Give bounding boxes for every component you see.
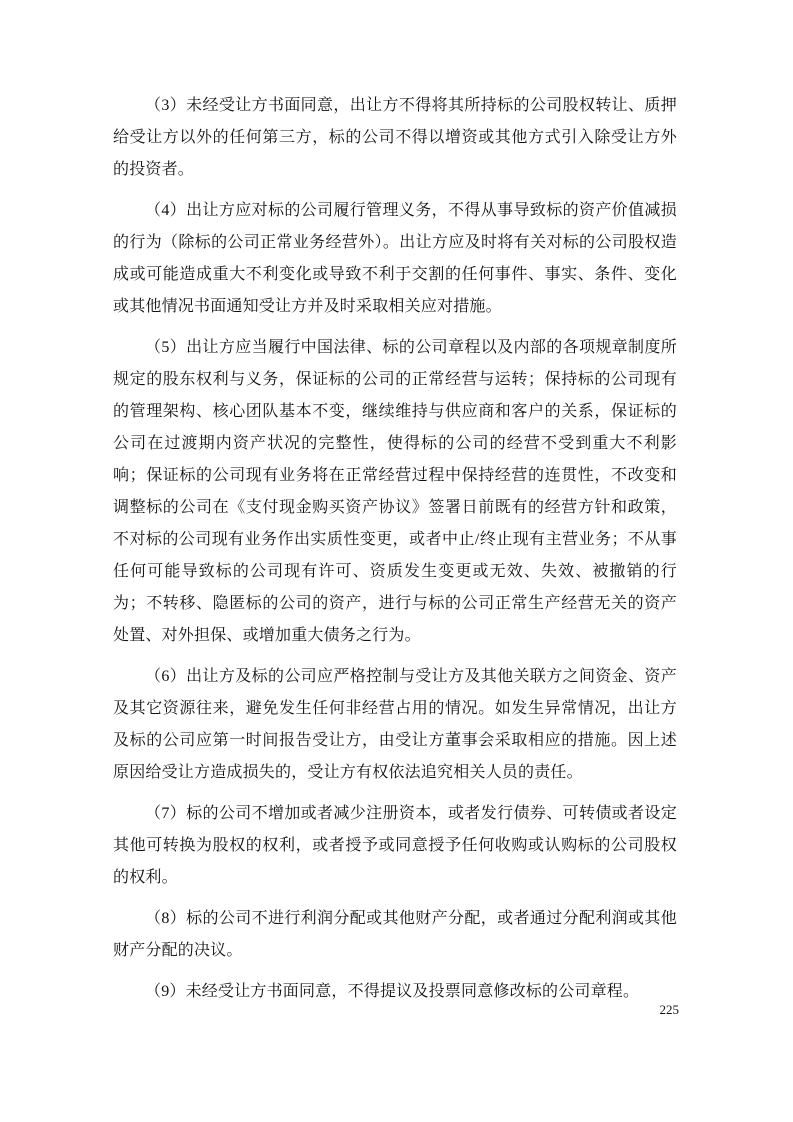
paragraph-item-4: （4）出让方应对标的公司履行管理义务，不得从事导致标的资产价值减损的行为（除标的… [113,195,677,323]
paragraph-item-3: （3）未经受让方书面同意，出让方不得将其所持标的公司股权转让、质押给受让方以外的… [113,90,677,186]
paragraph-item-5: （5）出让方应当履行中国法律、标的公司章程以及内部的各项规章制度所规定的股东权利… [113,332,677,652]
paragraph-item-7: （7）标的公司不增加或者减少注册资本，或者发行债券、可转债或者设定其他可转换为股… [113,798,677,894]
document-page: （3）未经受让方书面同意，出让方不得将其所持标的公司股权转让、质押给受让方以外的… [0,0,793,1122]
page-number: 225 [660,1001,680,1019]
document-body: （3）未经受让方书面同意，出让方不得将其所持标的公司股权转让、质押给受让方以外的… [113,90,677,1017]
paragraph-item-6: （6）出让方及标的公司应严格控制与受让方及其他关联方之间资金、资产及其它资源往来… [113,661,677,789]
paragraph-item-8: （8）标的公司不进行利润分配或其他财产分配，或者通过分配利润或其他财产分配的决议… [113,903,677,967]
paragraph-item-9: （9）未经受让方书面同意，不得提议及投票同意修改标的公司章程。 [113,976,677,1008]
